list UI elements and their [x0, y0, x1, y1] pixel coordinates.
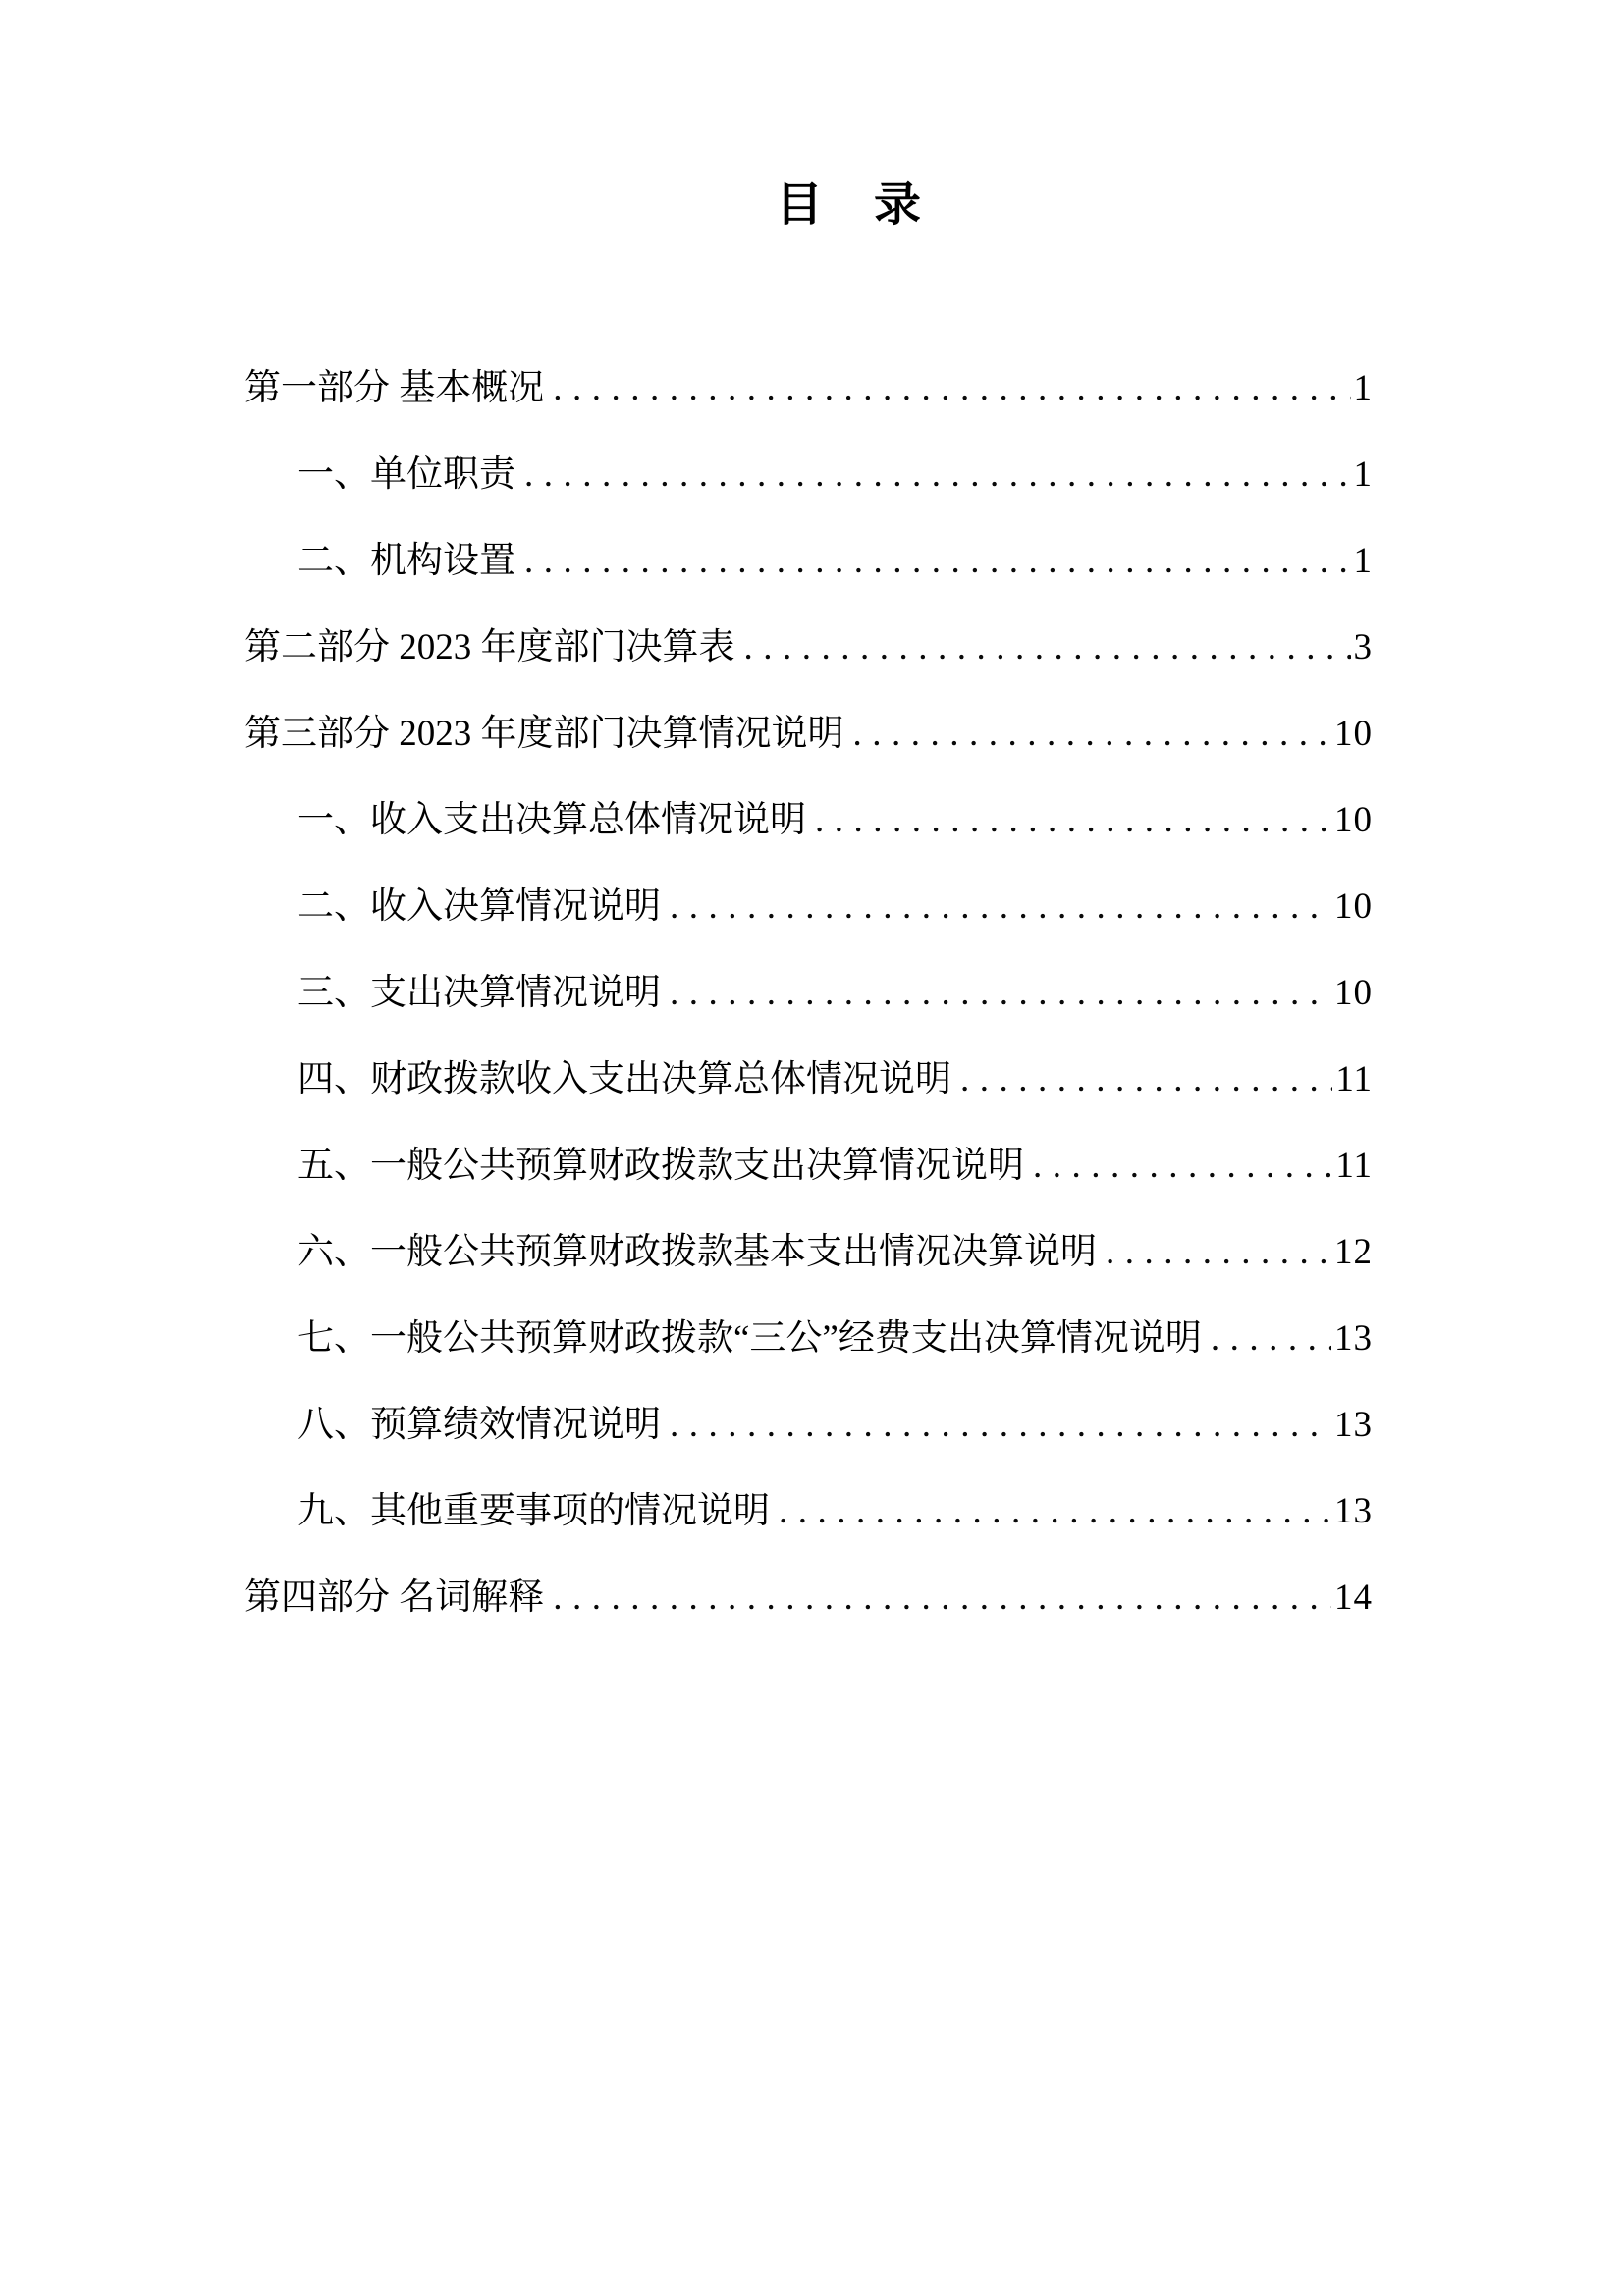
toc-entry: 五、一般公共预算财政拨款支出决算情况说明 ...................… [244, 1123, 1373, 1209]
dot-leader: ........................................… [1024, 1123, 1332, 1209]
toc-entry: 第三部分 2023 年度部门决算情况说明 ...................… [244, 691, 1373, 777]
document-page: 目 录 第一部分 基本概况 ..........................… [0, 0, 1624, 2296]
toc-entry-page: 13 [1331, 1296, 1373, 1382]
dot-leader: ........................................… [544, 1555, 1331, 1641]
dot-leader: ........................................… [951, 1037, 1332, 1123]
dot-leader: ........................................… [661, 864, 1331, 950]
toc-entry-page: 10 [1331, 864, 1373, 950]
toc-entry: 一、单位职责 .................................… [244, 432, 1373, 518]
toc-entry: 第二部分 2023 年度部门决算表 ......................… [244, 605, 1373, 691]
toc-entry-title: 第一部分 基本概况 [244, 346, 544, 432]
page-title: 目 录 [37, 181, 1624, 230]
toc-entry-title: 二、机构设置 [298, 518, 515, 605]
dot-leader: ........................................… [806, 777, 1331, 864]
dot-leader: ........................................… [770, 1468, 1331, 1555]
toc-entry-page: 10 [1331, 950, 1373, 1037]
toc-entry-page: 11 [1332, 1037, 1373, 1123]
toc-entry-title: 八、预算绩效情况说明 [298, 1382, 661, 1468]
toc-entry: 六、一般公共预算财政拨款基本支出情况决算说明 .................… [244, 1209, 1373, 1296]
toc-entry-title: 第四部分 名词解释 [244, 1555, 544, 1641]
toc-entry-title: 第三部分 2023 年度部门决算情况说明 [244, 691, 844, 777]
toc-entry-page: 1 [1351, 346, 1374, 432]
toc-entry-title: 四、财政拨款收入支出决算总体情况说明 [298, 1037, 951, 1123]
toc-entry: 一、收入支出决算总体情况说明 .........................… [244, 777, 1373, 864]
toc-entry: 八、预算绩效情况说明 .............................… [244, 1382, 1373, 1468]
toc-entry-page: 13 [1331, 1468, 1373, 1555]
toc-entry: 七、一般公共预算财政拨款“三公”经费支出决算情况说明 .............… [244, 1296, 1373, 1382]
toc-entry-title: 五、一般公共预算财政拨款支出决算情况说明 [298, 1123, 1024, 1209]
toc-entry-page: 10 [1331, 691, 1373, 777]
dot-leader: ........................................… [844, 691, 1332, 777]
toc-entry-title: 二、收入决算情况说明 [298, 864, 661, 950]
toc-entry: 二、收入决算情况说明 .............................… [244, 864, 1373, 950]
toc-entry-page: 10 [1331, 777, 1373, 864]
toc-entry: 四、财政拨款收入支出决算总体情况说明 .....................… [244, 1037, 1373, 1123]
toc-entry-page: 11 [1332, 1123, 1373, 1209]
dot-leader: ........................................… [515, 518, 1351, 605]
toc-entry: 二、机构设置 .................................… [244, 518, 1373, 605]
toc-entry-page: 14 [1331, 1555, 1373, 1641]
toc-entry-page: 3 [1351, 605, 1374, 691]
toc-entry-page: 12 [1331, 1209, 1373, 1296]
toc-entry: 三、支出决算情况说明 .............................… [244, 950, 1373, 1037]
dot-leader: ........................................… [661, 950, 1331, 1037]
toc-entry-title: 一、收入支出决算总体情况说明 [298, 777, 806, 864]
toc-entry-title: 七、一般公共预算财政拨款“三公”经费支出决算情况说明 [298, 1296, 1202, 1382]
dot-leader: ........................................… [544, 346, 1350, 432]
dot-leader: ........................................… [515, 432, 1351, 518]
toc-list: 第一部分 基本概况 ..............................… [244, 346, 1373, 1641]
toc-entry: 第一部分 基本概况 ..............................… [244, 346, 1373, 432]
toc-entry-title: 第二部分 2023 年度部门决算表 [244, 605, 735, 691]
toc-entry-title: 六、一般公共预算财政拨款基本支出情况决算说明 [298, 1209, 1097, 1296]
toc-entry-page: 1 [1351, 518, 1374, 605]
toc-entry: 第四部分 名词解释 ..............................… [244, 1555, 1373, 1641]
toc-entry-title: 三、支出决算情况说明 [298, 950, 661, 1037]
dot-leader: ........................................… [1097, 1209, 1331, 1296]
toc-entry-page: 13 [1331, 1382, 1373, 1468]
toc-entry-page: 1 [1351, 432, 1374, 518]
dot-leader: ........................................… [661, 1382, 1331, 1468]
toc-entry-title: 一、单位职责 [298, 432, 515, 518]
dot-leader: ........................................… [735, 605, 1351, 691]
toc-entry-title: 九、其他重要事项的情况说明 [298, 1468, 770, 1555]
dot-leader: ........................................… [1202, 1296, 1331, 1382]
toc-entry: 九、其他重要事项的情况说明 ..........................… [244, 1468, 1373, 1555]
